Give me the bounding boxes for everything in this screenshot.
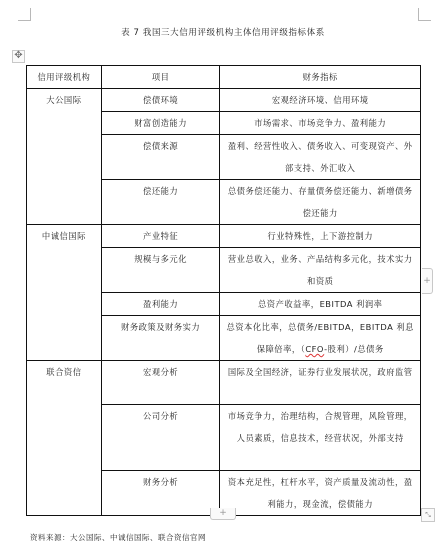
indicators-cell[interactable]: 行业特殊性，上下游控制力: [220, 225, 421, 248]
item-cell[interactable]: 盈利能力: [101, 293, 220, 316]
indicators-cell[interactable]: 总资产收益率，EBITDA 利润率: [220, 293, 421, 316]
item-cell[interactable]: 产业特征: [101, 225, 220, 248]
header-agency[interactable]: 信用评级机构: [27, 66, 102, 89]
item-cell[interactable]: 偿还能力: [101, 180, 220, 225]
agency-cell[interactable]: 中诚信国际: [27, 225, 102, 361]
rating-indicator-table: 信用评级机构 项目 财务指标 大公国际 偿债环境 宏观经济环境、信用环境 财富创…: [26, 65, 421, 516]
indicators-cell[interactable]: 总债务偿还能力、存量债务偿还能力、新增债务偿还能力: [220, 180, 421, 225]
item-cell[interactable]: 财富创造能力: [101, 112, 220, 135]
add-row-button[interactable]: +: [210, 508, 236, 520]
add-column-button[interactable]: +: [422, 268, 433, 294]
indicators-cell[interactable]: 国际及全国经济，证券行业发展状况，政府监管: [220, 361, 421, 405]
table-row: 中诚信国际 产业特征 行业特殊性，上下游控制力: [27, 225, 421, 248]
crop-mark-top-right: [418, 8, 431, 21]
table-caption: 表 7 我国三大信用评级机构主体信用评级指标体系: [0, 26, 446, 38]
source-note: 资料来源：大公国际、中诚信国际、联合资信官网: [30, 532, 206, 543]
table-header-row: 信用评级机构 项目 财务指标: [27, 66, 421, 89]
indicators-cell[interactable]: 资本充足性，杠杆水平，资产质量及流动性，盈利能力，现金流，偿债能力: [220, 471, 421, 516]
indicators-text: -股利）/总债务: [324, 344, 384, 354]
item-cell[interactable]: 财务分析: [101, 471, 220, 516]
table-row: 大公国际 偿债环境 宏观经济环境、信用环境: [27, 89, 421, 112]
item-cell[interactable]: 偿债来源: [101, 135, 220, 180]
indicators-cell[interactable]: 总资本化比率，总债务/EBITDA，EBITDA 利息保障倍率，（CFO-股利）…: [220, 316, 421, 361]
item-cell[interactable]: 财务政策及财务实力: [101, 316, 220, 361]
agency-cell[interactable]: 联合资信: [27, 361, 102, 516]
header-indicators[interactable]: 财务指标: [220, 66, 421, 89]
indicators-cell[interactable]: 盈利、经营性收入、债务收入、可变现资产、外部支持、外汇收入: [220, 135, 421, 180]
header-item[interactable]: 项目: [101, 66, 220, 89]
item-cell[interactable]: 偿债环境: [101, 89, 220, 112]
table-row: 联合资信 宏观分析 国际及全国经济，证券行业发展状况，政府监管: [27, 361, 421, 405]
item-cell[interactable]: 规模与多元化: [101, 248, 220, 293]
indicators-cell[interactable]: 宏观经济环境、信用环境: [220, 89, 421, 112]
table-move-handle-icon[interactable]: ✥: [12, 50, 25, 63]
spellcheck-flagged-word[interactable]: CFO: [305, 344, 324, 354]
indicators-cell[interactable]: 营业总收入，业务、产品结构多元化，技术实力和资质: [220, 248, 421, 293]
item-cell[interactable]: 宏观分析: [101, 361, 220, 405]
indicators-cell[interactable]: 市场竞争力，治理结构，合规管理，风险管理，人员素质，信息技术，经营状况，外部支持: [220, 405, 421, 471]
table-resize-handle-icon[interactable]: ⤡: [421, 508, 435, 522]
item-cell[interactable]: 公司分析: [101, 405, 220, 471]
indicators-cell[interactable]: 市场需求、市场竞争力、盈利能力: [220, 112, 421, 135]
agency-cell[interactable]: 大公国际: [27, 89, 102, 225]
crop-mark-top-left: [18, 8, 31, 21]
